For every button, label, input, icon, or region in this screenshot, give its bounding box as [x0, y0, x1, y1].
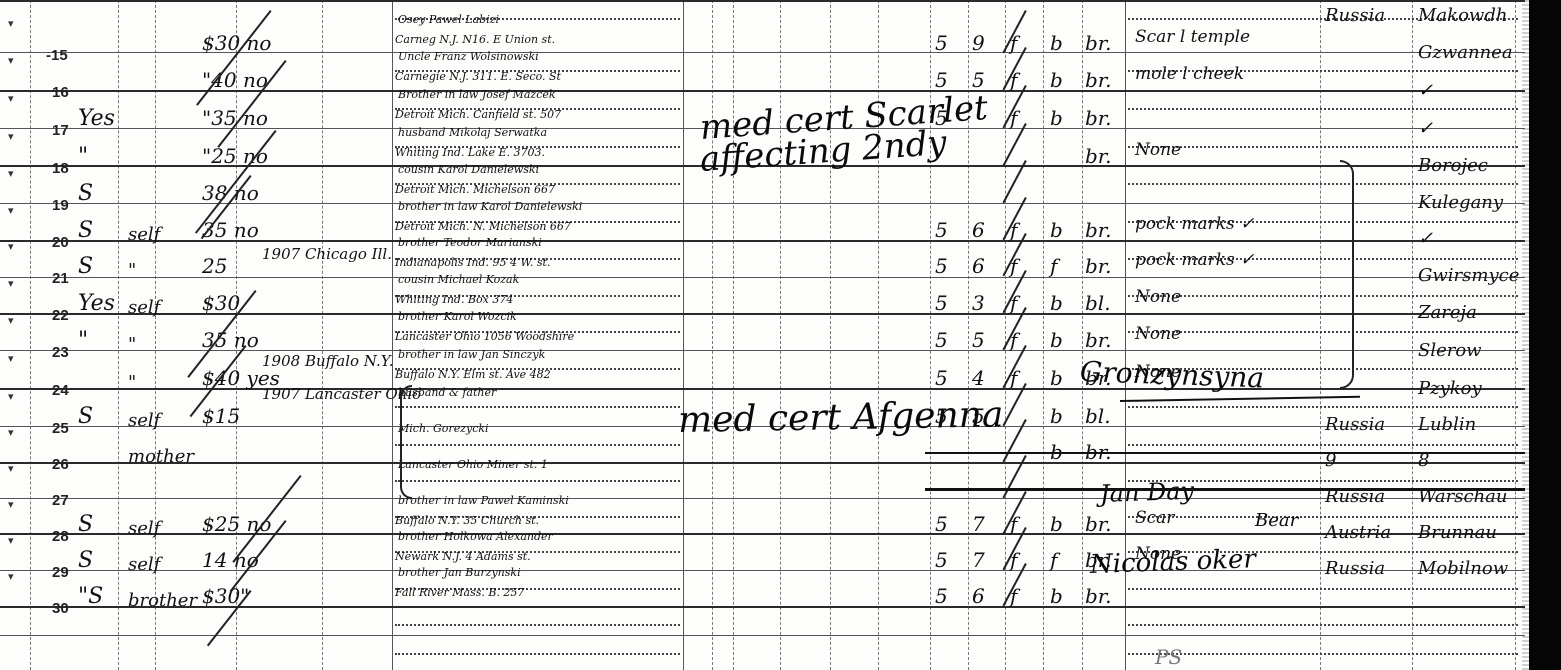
money-cell: 25	[202, 254, 227, 278]
relation-cell: S	[78, 548, 93, 573]
hair-color: b	[1050, 68, 1063, 92]
annotation-med-cert-2: med cert Afgenna	[678, 394, 1004, 441]
row-number: 29	[52, 564, 69, 581]
money-cell: "25 no	[202, 144, 268, 168]
identifying-marks: Scar	[1135, 508, 1174, 528]
relative-address: Detroit Mich. Michelson 667	[395, 183, 555, 196]
country-of-birth: Russia	[1325, 5, 1385, 26]
row-number: 16	[52, 84, 69, 101]
manifest-page: ▾▾▾▾▾▾▾▾▾▾▾▾▾▾▾▾-15$30 noOsey Pawel Labi…	[0, 0, 1561, 670]
paid-by-cell: self	[128, 554, 160, 575]
cancel-line	[925, 488, 1525, 491]
margin-tick: ▾	[8, 534, 14, 547]
row24-year-place: 1908 Buffalo N.Y.	[262, 352, 393, 370]
row-number: 20	[52, 234, 69, 251]
height-inches: 3	[972, 291, 985, 315]
row-number: 28	[52, 528, 69, 545]
money-cell: $30"	[202, 584, 249, 608]
city-of-birth: ✓	[1418, 80, 1433, 101]
relative-address: Newark N.J. 4 Adams st.	[395, 550, 531, 563]
paid-by-cell: "	[128, 372, 136, 393]
annotation-bear: Bear	[1255, 510, 1298, 531]
paid-by-cell: self	[128, 518, 160, 539]
height-feet: 5	[935, 512, 948, 536]
row-number: 21	[52, 270, 69, 287]
relation-cell: "S	[78, 584, 103, 609]
remarks-dotted-rule	[1128, 108, 1518, 110]
city-of-birth: Lublin	[1418, 414, 1476, 435]
eye-color: bl.	[1085, 404, 1111, 428]
eye-color: br.	[1085, 584, 1112, 608]
relation-cell: "	[78, 328, 88, 353]
height-inches: 7	[972, 548, 985, 572]
identifying-marks: pock marks ✓	[1135, 214, 1254, 234]
row-rule	[0, 635, 1525, 636]
relation-cell: S	[78, 181, 93, 206]
margin-tick: ▾	[8, 390, 14, 403]
margin-tick: ▾	[8, 570, 14, 583]
country-of-birth: Austria	[1325, 522, 1391, 543]
row-number: 24	[52, 382, 69, 399]
relative-name: brother in law Jan Sinczyk	[398, 348, 545, 361]
height-feet: 5	[935, 584, 948, 608]
identifying-marks: pock marks ✓	[1135, 250, 1254, 270]
margin-tick: ▾	[8, 352, 14, 365]
scan-black-border	[1529, 0, 1561, 670]
remarks-dotted-rule	[1128, 653, 1518, 655]
paid-by-cell: self	[128, 224, 160, 245]
annotation-nicolas: Nicolas oker	[1089, 544, 1256, 580]
eye-color: bl.	[1085, 291, 1111, 315]
relative-name: Brother in law Josef Mazcek	[398, 88, 556, 101]
margin-tick: ▾	[8, 130, 14, 143]
money-cell: 14 no	[202, 548, 259, 572]
eye-color: br.	[1085, 512, 1112, 536]
relation-cell: S	[78, 512, 93, 537]
row-number: 30	[52, 600, 69, 617]
annotation-jan-day: Jan Day	[1100, 477, 1195, 508]
height-inches: 6	[972, 218, 985, 242]
country-of-birth: Russia	[1325, 414, 1385, 435]
margin-tick: ▾	[8, 204, 14, 217]
margin-tick: ▾	[8, 277, 14, 290]
relative-name: brother in law Karol Danielewski	[398, 200, 582, 213]
city-of-birth: Brunnau	[1418, 522, 1497, 543]
address-dotted-rule	[395, 444, 680, 446]
eye-color: br.	[1085, 106, 1112, 130]
relative-address: Whiting Ind. Box 374	[395, 293, 513, 306]
relative-address: Carneg N.J. N16. E Union st.	[395, 33, 555, 46]
country-of-birth: Russia	[1325, 558, 1385, 579]
city-of-birth: Slerow	[1418, 340, 1482, 361]
relative-name: Uncle Franz Wolsinowski	[398, 50, 539, 63]
remarks-dotted-rule	[1128, 444, 1518, 446]
city-of-birth: Zareja	[1418, 302, 1477, 323]
height-inches: 6	[972, 584, 985, 608]
remarks-dotted-rule	[1128, 331, 1518, 333]
annotation-surname-crossout: Gronzynsyna	[1079, 355, 1264, 394]
city-of-birth: ✓	[1418, 118, 1433, 139]
relation-cell: S	[78, 254, 93, 279]
relative-address: Detroit Mich. N. Michelson 667	[395, 220, 571, 233]
address-dotted-rule	[395, 653, 680, 655]
relative-address: Buffalo N.Y. 35 Church st.	[395, 514, 539, 527]
hair-color: b	[1050, 404, 1063, 428]
relative-address: Indianapolis Ind. 95 4 W. st.	[395, 256, 550, 269]
row-rule	[0, 277, 1525, 278]
bracket-marks	[1340, 160, 1354, 389]
relative-name: brother Teodor Marianski	[398, 236, 542, 249]
hair-color: b	[1050, 584, 1063, 608]
hair-color: b	[1050, 31, 1063, 55]
margin-tick: ▾	[8, 240, 14, 253]
height-feet: 5	[935, 548, 948, 572]
height-feet: 5	[935, 254, 948, 278]
city-of-birth: Gzwannea	[1418, 42, 1513, 63]
relation-cell: Yes	[78, 106, 115, 131]
address-dotted-rule	[395, 480, 680, 482]
money-cell: "40 no	[202, 68, 268, 92]
relative-name: cousin Michael Kozak	[398, 273, 519, 286]
relative-address: Fall River Mass. B. 257	[395, 586, 524, 599]
height-feet: 5	[935, 218, 948, 242]
relation-cell: S	[78, 404, 93, 429]
hair-color: f	[1050, 548, 1057, 572]
relative-name: brother in law Pawel Kaminski	[398, 494, 569, 507]
hair-color: b	[1050, 291, 1063, 315]
address-dotted-rule	[395, 406, 680, 408]
eye-color: br.	[1085, 328, 1112, 352]
margin-tick: ▾	[8, 314, 14, 327]
city-of-birth: Gwirsmyce	[1418, 265, 1519, 286]
relation-cell: S	[78, 218, 93, 243]
remarks-dotted-rule	[1128, 406, 1518, 408]
relative-name: Osey Pawel Labizi	[398, 13, 499, 26]
relative-address: Detroit Mich. Canfield st. 507	[395, 108, 561, 121]
relative-address: Buffalo N.Y. Elm st. Ave 482	[395, 368, 551, 381]
paid-by-cell: brother	[128, 590, 197, 611]
hair-color: b	[1050, 512, 1063, 536]
paid-by-cell: "	[128, 334, 136, 355]
relative-name: brother Holkowa Alexander	[398, 530, 553, 543]
row-number: 18	[52, 160, 69, 177]
cancel-line	[1120, 396, 1360, 402]
identifying-marks: mole l cheek	[1135, 64, 1244, 84]
row-rule	[0, 0, 1525, 2]
remarks-dotted-rule	[1128, 295, 1518, 297]
address-dotted-rule	[395, 624, 680, 626]
remarks-dotted-rule	[1128, 624, 1518, 626]
eye-color: br.	[1085, 31, 1112, 55]
hair-color: b	[1050, 218, 1063, 242]
hair-color: f	[1050, 254, 1057, 278]
relative-name: husband Mikolaj Serwatka	[398, 126, 547, 139]
row25-year-place: 1907 Lancaster Ohio	[262, 385, 421, 403]
paid-by-cell: "	[128, 260, 136, 281]
remarks-dotted-rule	[1128, 516, 1518, 518]
identifying-marks: Scar l temple	[1135, 27, 1250, 47]
row-number: 17	[52, 122, 69, 139]
eye-color: br.	[1085, 144, 1112, 168]
height-inches: 9	[972, 31, 985, 55]
height-feet: 5	[935, 366, 948, 390]
relative-address: Whiting Ind. Lake E. 3703.	[395, 146, 545, 159]
city-of-birth: Makowdh	[1418, 5, 1507, 26]
margin-tick: ▾	[8, 498, 14, 511]
relative-name: cousin Karol Danielewski	[398, 163, 539, 176]
city-of-birth: Borojec	[1418, 155, 1488, 176]
row-number: 25	[52, 420, 69, 437]
remarks-dotted-rule	[1128, 183, 1518, 185]
relative-name: Lancaster Ohio Miner st. 1	[398, 458, 548, 471]
height-inches: 7	[972, 512, 985, 536]
margin-tick: ▾	[8, 92, 14, 105]
hair-color: b	[1050, 106, 1063, 130]
city-of-birth: Pzykoy	[1418, 378, 1482, 399]
paid-by-cell: mother	[128, 446, 194, 467]
money-cell: $30	[202, 291, 240, 315]
eye-color: br.	[1085, 254, 1112, 278]
identifying-marks: None	[1135, 287, 1181, 307]
paid-by-cell: self	[128, 410, 160, 431]
row-number: 27	[52, 492, 69, 509]
margin-tick: ▾	[8, 167, 14, 180]
city-of-birth: Mobilnow	[1418, 558, 1508, 579]
paid-by-cell: self	[128, 297, 160, 318]
row-rule	[0, 498, 1525, 499]
margin-tick: ▾	[8, 54, 14, 67]
eye-color: br.	[1085, 218, 1112, 242]
row-number: 22	[52, 307, 69, 324]
relative-address: Carnegie N.J. 311. E. Seco. St	[395, 70, 561, 83]
height-feet: 5	[935, 31, 948, 55]
hair-color: b	[1050, 366, 1063, 390]
margin-tick: ▾	[8, 462, 14, 475]
margin-tick: ▾	[8, 426, 14, 439]
relative-address: Lancaster Ohio 1056 Woodshire	[395, 330, 574, 343]
height-inches: 6	[972, 254, 985, 278]
hair-color: b	[1050, 328, 1063, 352]
city-of-birth: ✓	[1418, 228, 1433, 249]
remarks-dotted-rule	[1128, 146, 1518, 148]
money-cell: 35 no	[202, 218, 259, 242]
remarks-dotted-rule	[1128, 588, 1518, 590]
height-inches: 4	[972, 366, 985, 390]
relation-cell: "	[78, 144, 88, 169]
height-inches: 5	[972, 328, 985, 352]
height-feet: 5	[935, 291, 948, 315]
eye-color: br.	[1085, 68, 1112, 92]
height-feet: 5	[935, 328, 948, 352]
height-feet: 5	[935, 68, 948, 92]
relation-cell: Yes	[78, 291, 115, 316]
city-of-birth: Kulegany	[1418, 192, 1503, 213]
row-number: 23	[52, 344, 69, 361]
row-number: -15	[46, 47, 68, 64]
identifying-marks: None	[1135, 140, 1181, 160]
relative-name: brother Karol Wozcik	[398, 310, 517, 323]
stamp-mark: PS	[1155, 645, 1182, 669]
bracket-husband-father	[400, 385, 412, 499]
identifying-marks: None	[1135, 324, 1181, 344]
row22-year-place: 1907 Chicago Ill.	[262, 245, 392, 263]
margin-tick: ▾	[8, 17, 14, 30]
row-number: 26	[52, 456, 69, 473]
row-rule	[0, 462, 1525, 464]
money-cell: $15	[202, 404, 240, 428]
cancel-line	[925, 452, 1525, 454]
relative-name: brother Jan Burzynski	[398, 566, 521, 579]
row-number: 19	[52, 197, 69, 214]
